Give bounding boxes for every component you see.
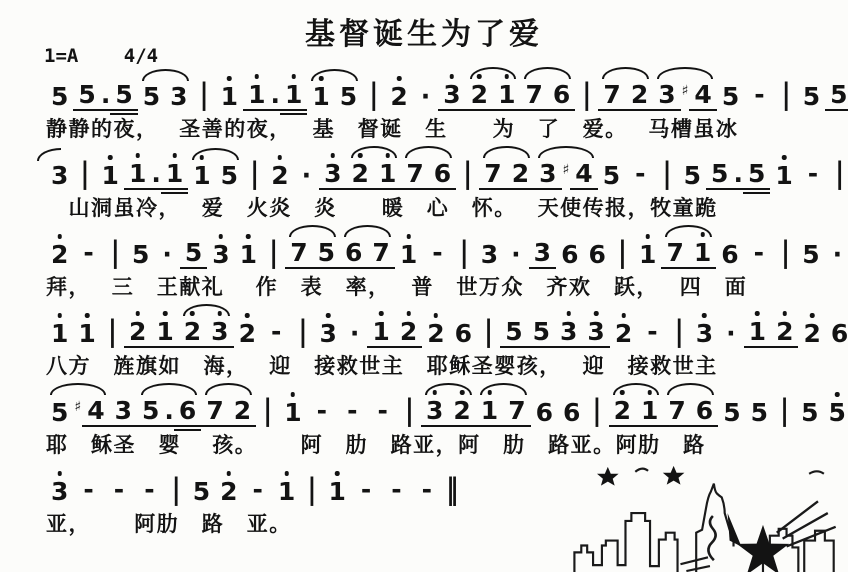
note-digit: 2 (610, 320, 637, 348)
duration-dash: - (625, 161, 655, 190)
bar-line: | (456, 158, 479, 190)
note-digit: 7 (663, 397, 690, 427)
bar-line: | (104, 237, 127, 269)
slur-group: 67 (340, 239, 395, 269)
score-line-5: 5♯435.672|1---|321766|217655|55-4|耶 稣圣 婴… (0, 383, 848, 462)
sharp-sign: ♯ (562, 163, 571, 177)
note-digit: 1 (73, 320, 100, 348)
lyrics-row-3: 拜， 三 王献礼 作 表 率， 普 世万众 齐欢 跃， 四 面 (0, 276, 848, 299)
notation-row-1: 55.553|11.115|2·32176|723♯45-|55.55 (0, 67, 848, 111)
note-digit: 4 (82, 397, 109, 427)
slur-group: 75 (285, 239, 340, 269)
note-digit: 1 (188, 162, 215, 190)
note-digit: 4 (689, 81, 716, 111)
note-digit: 7 (401, 160, 428, 190)
sharp-sign: ♯ (681, 84, 690, 98)
note-digit: 6 (450, 320, 477, 348)
note-digit: 3 (46, 162, 73, 190)
note-digit: 1 (476, 397, 503, 427)
note-digit: 2 (422, 320, 449, 348)
slur-group: 3♯4 (534, 160, 598, 190)
slur-group: 72 (201, 397, 256, 427)
note-digit: 2 (466, 81, 493, 111)
note-digit: 2 (347, 160, 374, 190)
note-digit: 5 (743, 160, 770, 190)
note-digit: 5 (598, 162, 625, 190)
note-digit: 2 (215, 478, 242, 506)
note-digit: 5 (824, 399, 848, 427)
slur-group: 76 (520, 81, 575, 111)
bar-line: | (828, 158, 848, 190)
note-digit: 5 (46, 399, 73, 427)
note-digit: 5 (138, 83, 165, 111)
slur-group: 76 (663, 397, 718, 427)
note-digit: 3 (207, 241, 234, 269)
note-digit: 5 (528, 318, 555, 348)
note-digit: 1 (374, 160, 401, 190)
sharp-sign: ♯ (73, 400, 82, 414)
slur-group: 53 (138, 83, 193, 111)
bar-line: | (611, 237, 634, 269)
note-digit: 5 (180, 239, 207, 269)
note-digit: 5 (46, 83, 73, 111)
bar-line: | (262, 237, 285, 269)
rhythm-dot: · (294, 163, 320, 190)
duration-dash: - (134, 477, 164, 506)
bar-line: | (243, 158, 266, 190)
note-digit: 5 (825, 81, 848, 111)
note-digit: 5 (798, 83, 825, 111)
note-digit: 2 (229, 397, 256, 427)
notation-row-5: 5♯435.672|1---|321766|217655|55-4| (0, 383, 848, 427)
duration-dash: - (307, 398, 337, 427)
duration-dash: - (243, 477, 273, 506)
slur-group: 3♯4 (653, 81, 717, 111)
lyrics-row-4: 八方 旌旗如 海， 迎 接救世主 耶稣圣婴孩， 迎 接救世主 (0, 355, 848, 378)
note-digit: 1 (636, 397, 663, 427)
slur-group: 72 (479, 160, 534, 190)
note-digit: 3 (438, 81, 465, 111)
rhythm-dot: · (413, 84, 439, 111)
note-digit: 2 (609, 397, 636, 427)
bar-line: | (291, 316, 314, 348)
lyrics-row-2: 山洞虽冷， 爱 火炎 炎 暖 心 怀。 天使传报，牧童跪 (0, 197, 848, 220)
bar-line: | (362, 79, 385, 111)
duration-dash: - (637, 319, 667, 348)
notation-row-4: 11|21232-|3·1226|55332-|3·1226| (0, 304, 848, 348)
note-digit: 2 (385, 83, 412, 111)
note-digit: 2 (234, 320, 261, 348)
note-digit: 1 (367, 318, 394, 348)
note-digit: 3 (315, 320, 342, 348)
bar-line: | (165, 474, 188, 506)
note-digit: 1 (689, 239, 716, 269)
city-skyline-with-stars-graphic (568, 462, 846, 572)
note-digit: 5 (127, 241, 154, 269)
note-digit: 7 (201, 397, 228, 427)
slur-group: 21 (609, 397, 664, 427)
rhythm-dot: · (825, 242, 848, 269)
note-digit: 5 (797, 241, 824, 269)
note-digit: 6 (531, 399, 558, 427)
bar-line: | (101, 316, 124, 348)
bar-line: | (300, 474, 323, 506)
note-digit: 3 (476, 241, 503, 269)
bar-line: | (193, 79, 216, 111)
note-digit: 3 (206, 318, 233, 348)
note-digit: 1 (97, 162, 124, 190)
note-digit: 3 (46, 478, 73, 506)
note-digit: 1 (124, 160, 151, 190)
bar-line: | (668, 316, 691, 348)
note-digit: 6 (429, 160, 456, 190)
note-digit: 1 (151, 318, 178, 348)
slur-group: 21 (466, 81, 521, 111)
note-digit: 1 (273, 478, 300, 506)
banner-flag (728, 513, 742, 546)
note-digit: 5 (73, 81, 100, 111)
note-digit: 5 (500, 318, 527, 348)
note-digit: 6 (716, 241, 743, 269)
note-digit: 6 (556, 241, 583, 269)
bird-mark-right (809, 471, 824, 473)
note-digit: 5 (313, 239, 340, 269)
note-digit: 1 (161, 160, 188, 190)
key-signature: 1=A (44, 45, 78, 67)
note-digit: 5 (679, 162, 706, 190)
note-digit: 5 (335, 83, 362, 111)
note-digit: 5 (796, 399, 823, 427)
slur-group: 21 (347, 160, 402, 190)
note-digit: 5 (718, 399, 745, 427)
slur-group: 76 (401, 160, 456, 190)
note-digit: 2 (266, 162, 293, 190)
note-digit: 1 (493, 81, 520, 111)
note-digit: 7 (520, 81, 547, 111)
note-digit: 5 (137, 397, 164, 427)
note-digit: 3 (165, 83, 192, 111)
note-digit: 6 (583, 241, 610, 269)
rhythm-dot: · (503, 242, 529, 269)
note-digit: 2 (798, 320, 825, 348)
slur-group: 3 (46, 162, 73, 190)
rhythm-dot: · (154, 242, 180, 269)
notation-row-2: 3|11.115|2·32176|723♯45-|55.51-|66.6 (0, 146, 848, 190)
bird-mark-left (635, 469, 648, 472)
note-digit: 3 (691, 320, 718, 348)
score-line-1: 55.553|11.115|2·32176|723♯45-|55.55静静的夜，… (0, 67, 848, 146)
note-digit: 1 (279, 399, 306, 427)
note-digit: 2 (179, 318, 206, 348)
lyrics-row-5: 耶 稣圣 婴 孩。 阿 肋 路亚，阿 肋 路亚。阿肋 路 (0, 434, 848, 457)
note-digit: 7 (503, 397, 530, 427)
slur-group: 32 (421, 397, 476, 427)
skyline-left (574, 513, 677, 572)
duration-dash: - (351, 477, 381, 506)
duration-dash: - (798, 161, 828, 190)
note-digit: 6 (340, 239, 367, 269)
note-digit: 1 (46, 320, 73, 348)
note-digit: 2 (626, 81, 653, 111)
note-digit: 2 (395, 318, 422, 348)
duration-dash: - (337, 398, 367, 427)
duration-dash: - (73, 477, 103, 506)
bar-line: | (73, 158, 96, 190)
note-digit: 3 (582, 318, 609, 348)
note-digit: 3 (555, 318, 582, 348)
note-digit: 3 (653, 81, 680, 111)
slur-group: 15 (307, 83, 362, 111)
key-signature-row: 1=A 4/4 (44, 45, 158, 67)
slur-group: 15 (188, 162, 243, 190)
duration-dash: - (261, 319, 291, 348)
small-star-mid (663, 466, 685, 485)
spire-ribbon (708, 516, 715, 560)
note-digit: 7 (598, 81, 625, 111)
duration-dash: - (422, 240, 452, 269)
duration-dash: - (381, 477, 411, 506)
note-digit: 1 (395, 241, 422, 269)
note-digit: 7 (479, 160, 506, 190)
note-digit: 2 (771, 318, 798, 348)
small-star-left (597, 467, 619, 486)
note-digit: 7 (285, 239, 312, 269)
bar-line: | (256, 395, 279, 427)
slur-group: 23 (179, 318, 234, 348)
note-digit: 1 (216, 83, 243, 111)
note-digit: 2 (448, 397, 475, 427)
rhythm-dot: · (718, 321, 744, 348)
note-digit: 7 (661, 239, 688, 269)
lyrics-row-1: 静静的夜， 圣善的夜， 基 督诞 生 为 了 爱。 马槽虽冰 (0, 118, 848, 141)
bar-line: | (575, 79, 598, 111)
bar-line: | (477, 316, 500, 348)
duration-dash: - (744, 82, 774, 111)
note-digit: 3 (421, 397, 448, 427)
score-line-4: 11|21232-|3·1226|55332-|3·1226|八方 旌旗如 海，… (0, 304, 848, 383)
bar-line: | (774, 237, 797, 269)
time-signature: 4/4 (124, 45, 158, 67)
slur-group: 17 (476, 397, 531, 427)
note-digit: 7 (367, 239, 394, 269)
score-line-3: 2-|5·531|75671-|3·366|1716-|5·5拜， 三 王献礼 … (0, 225, 848, 304)
note-digit: 1 (323, 478, 350, 506)
note-digit: 3 (529, 239, 556, 269)
duration-dash: - (104, 477, 134, 506)
rhythm-dot: · (342, 321, 368, 348)
slur-group: 72 (598, 81, 653, 111)
bar-line: | (398, 395, 421, 427)
bar-line: | (773, 395, 796, 427)
bar-line: | (585, 395, 608, 427)
note-digit: 1 (744, 318, 771, 348)
note-digit: 1 (280, 81, 307, 111)
duration-dash: - (412, 477, 442, 506)
note-digit: 6 (174, 397, 201, 427)
note-digit: 5 (216, 162, 243, 190)
duration-dash: - (73, 240, 103, 269)
note-digit: 6 (548, 81, 575, 111)
note-digit: 2 (507, 160, 534, 190)
note-digit: 5 (746, 399, 773, 427)
note-digit: 5 (706, 160, 733, 190)
slur-group: 71 (661, 239, 716, 269)
note-digit: 5 (188, 478, 215, 506)
note-digit: 1 (634, 241, 661, 269)
notation-row-3: 2-|5·531|75671-|3·366|1716-|5·5 (0, 225, 848, 269)
note-digit: 2 (46, 241, 73, 269)
note-digit: 1 (243, 81, 270, 111)
note-digit: 6 (691, 397, 718, 427)
note-digit: 1 (235, 241, 262, 269)
slur-group: 5.6 (137, 397, 201, 427)
note-digit: 3 (319, 160, 346, 190)
bar-line: | (656, 158, 679, 190)
note-digit: 1 (307, 83, 334, 111)
bar-line: | (453, 237, 476, 269)
note-digit: 5 (110, 81, 137, 111)
slur-group: 5♯4 (46, 397, 110, 427)
note-digit: 2 (124, 318, 151, 348)
note-digit: 3 (534, 160, 561, 190)
duration-dash: - (744, 240, 774, 269)
note-digit: 1 (770, 162, 797, 190)
score-line-2: 3|11.115|2·32176|723♯45-|55.51-|66.6 山洞虽… (0, 146, 848, 225)
note-digit: 6 (826, 320, 848, 348)
duration-dash: - (367, 398, 397, 427)
final-bar-line: ‖ (442, 474, 461, 506)
note-digit: 4 (570, 160, 597, 190)
bar-line: | (775, 79, 798, 111)
note-digit: 6 (558, 399, 585, 427)
note-digit: 5 (717, 83, 744, 111)
note-digit: 3 (110, 397, 137, 427)
